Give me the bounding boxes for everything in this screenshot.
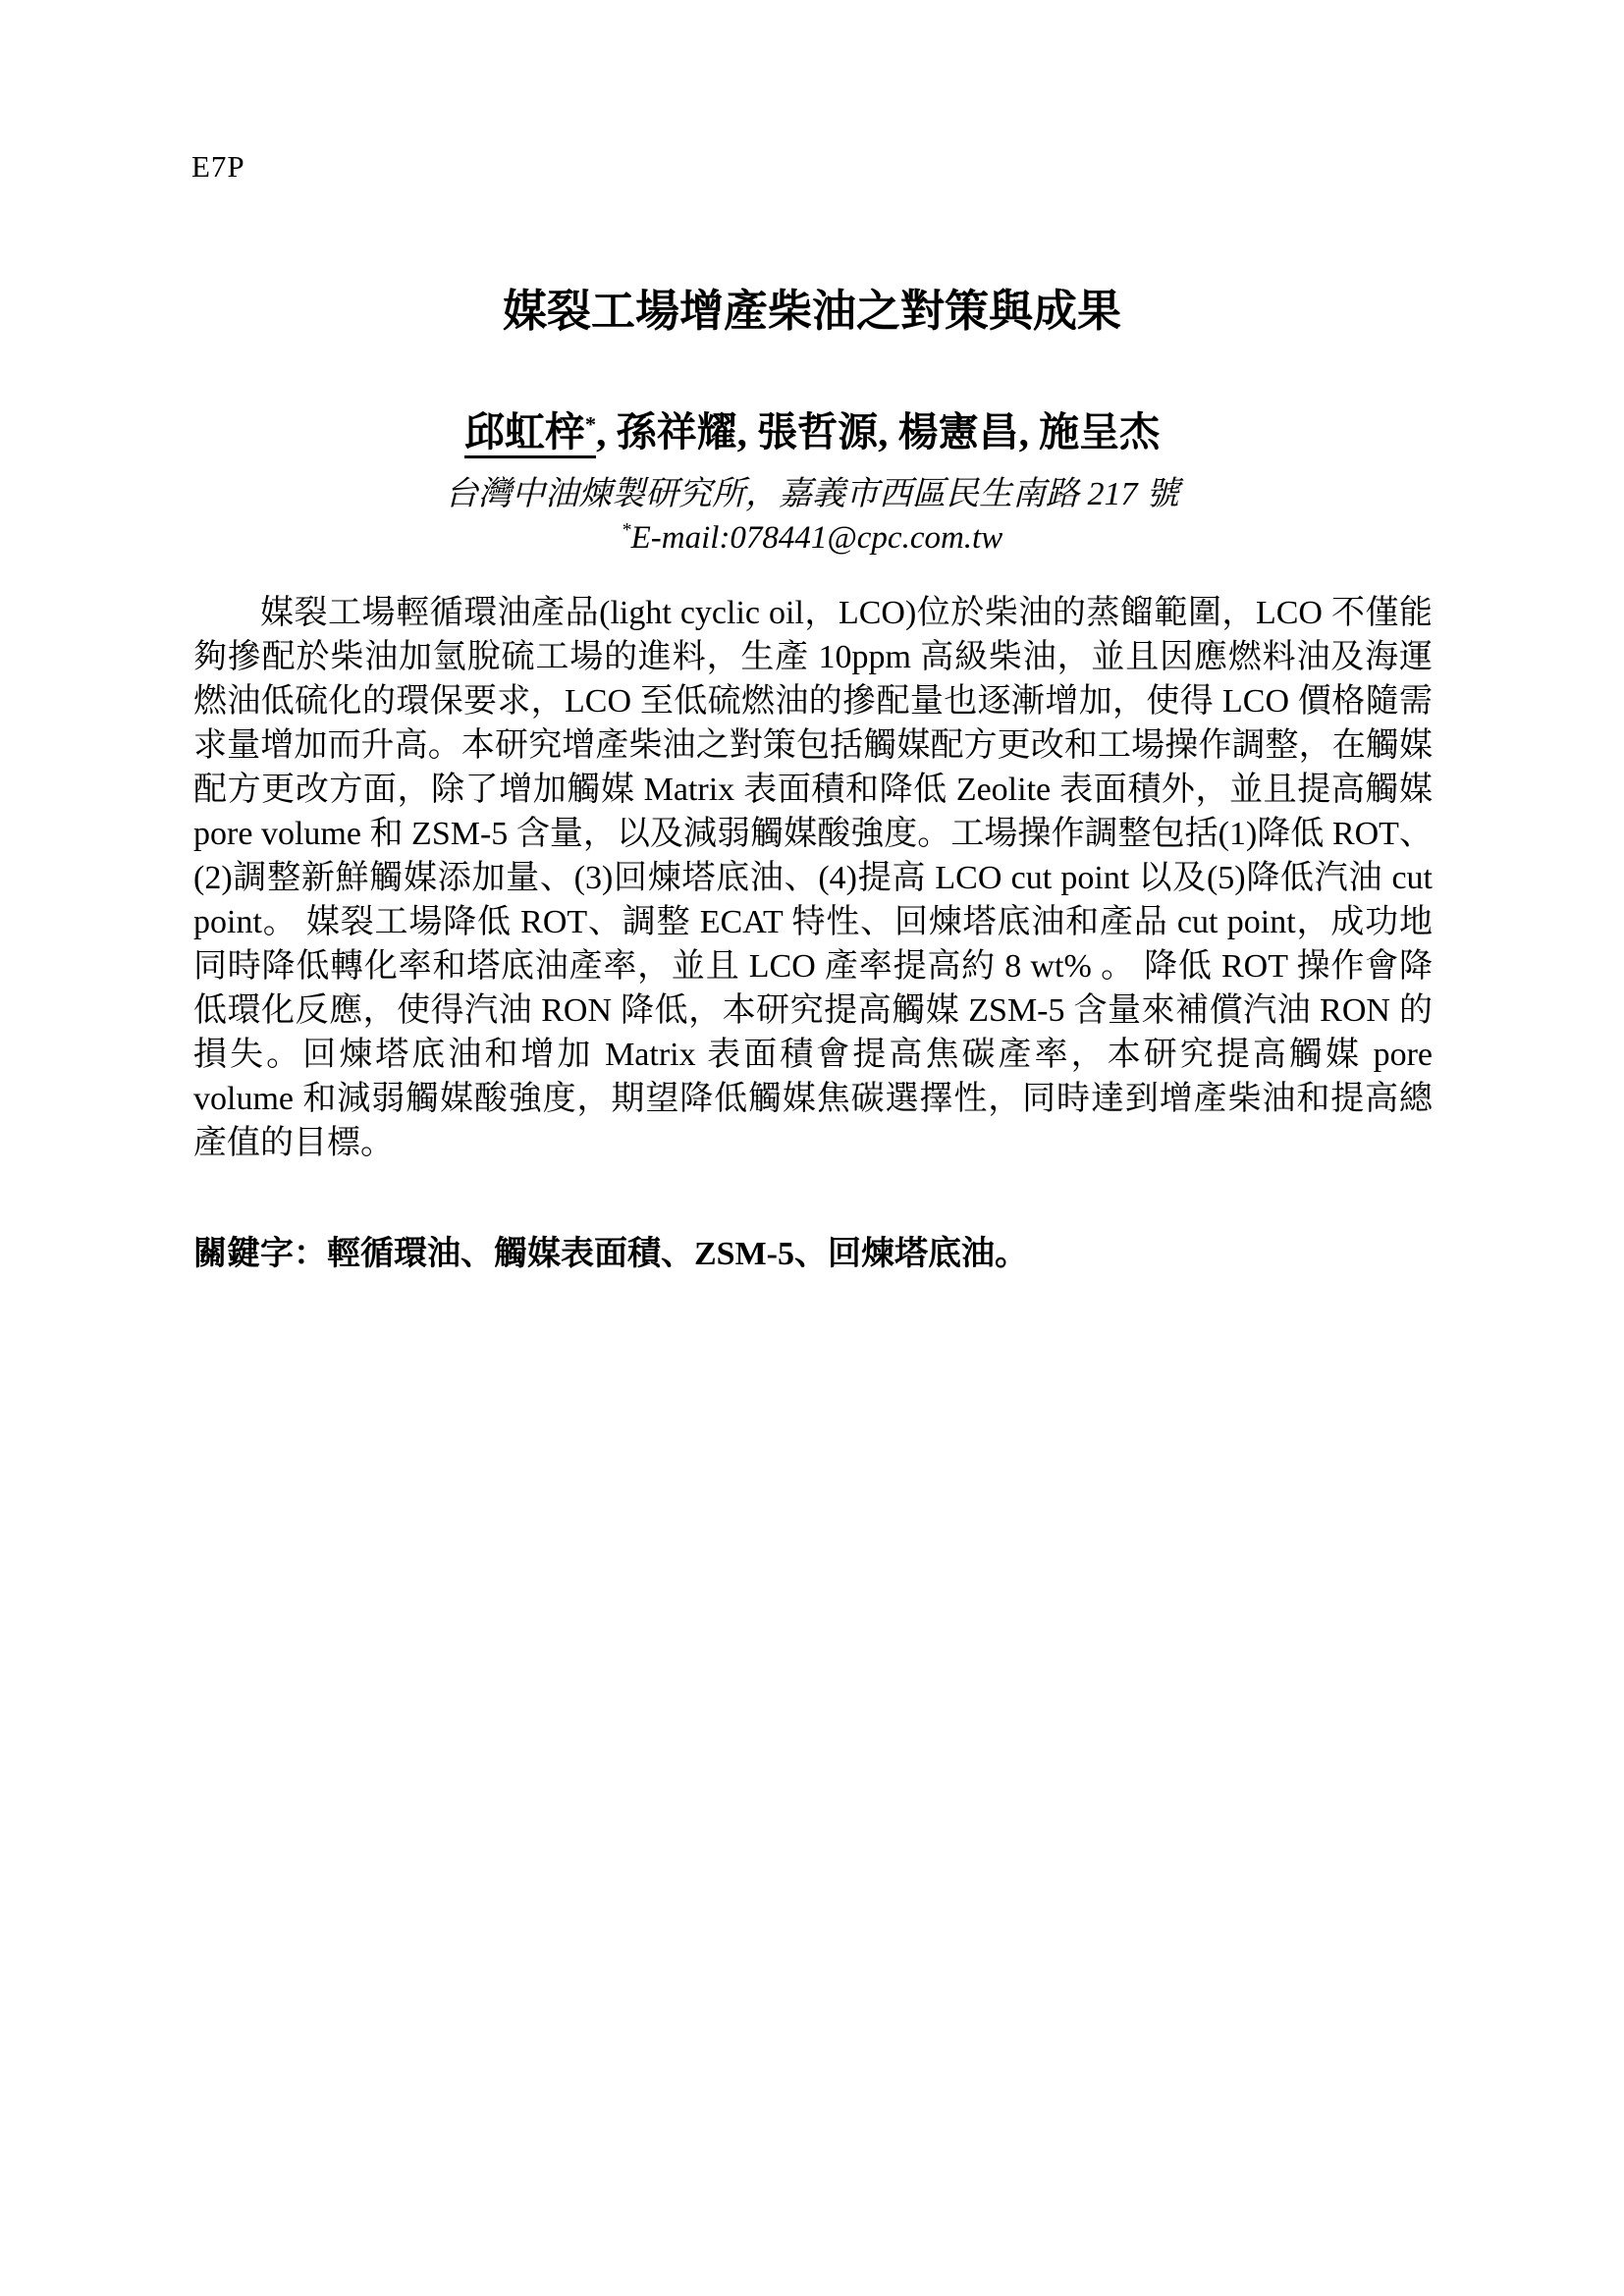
email-mark: * xyxy=(622,519,631,541)
affiliation: 台灣中油煉製研究所，嘉義市西區民生南路 217 號 xyxy=(0,473,1624,516)
paper-title: 媒裂工場增產柴油之對策與成果 xyxy=(0,283,1624,340)
page-code: E7P xyxy=(191,150,245,184)
coauthors: , 孫祥耀, 張哲源, 楊憲昌, 施呈杰 xyxy=(596,409,1160,454)
first-author-mark: * xyxy=(585,411,596,436)
email-address: E-mail:078441@cpc.com.tw xyxy=(631,520,1003,556)
keywords-line: 關鍵字：輕循環油、觸媒表面積、ZSM-5、回煉塔底油。 xyxy=(193,1233,1433,1276)
authors-line: 邱虹梓*, 孫祥耀, 張哲源, 楊憲昌, 施呈杰 xyxy=(0,406,1624,457)
document-page: E7P 媒裂工場增產柴油之對策與成果 邱虹梓*, 孫祥耀, 張哲源, 楊憲昌, … xyxy=(0,0,1624,2296)
first-author: 邱虹梓* xyxy=(464,409,596,458)
email-line: *E-mail:078441@cpc.com.tw xyxy=(0,517,1624,559)
abstract-paragraph: 媒裂工場輕循環油產品(light cyclic oil，LCO)位於柴油的蒸餾範… xyxy=(193,591,1433,1165)
first-author-name: 邱虹梓 xyxy=(464,409,585,454)
